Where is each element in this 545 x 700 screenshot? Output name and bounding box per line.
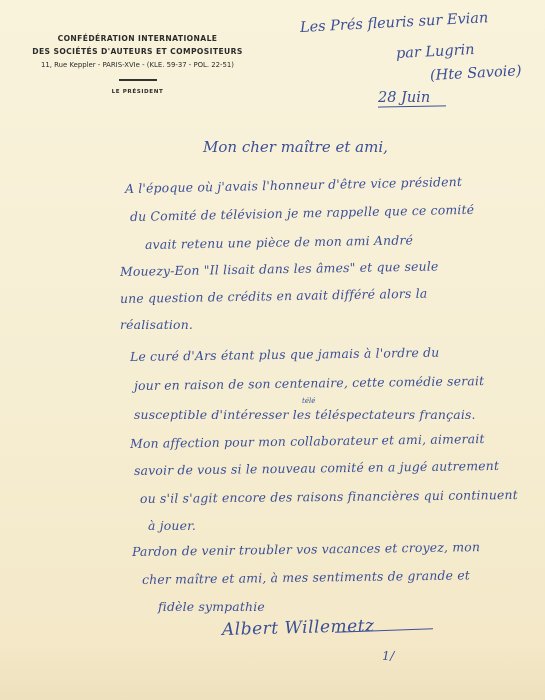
- body-line: jour en raison de son centenaire, cette …: [134, 373, 484, 393]
- body-line: cher maître et ami, à mes sentiments de …: [142, 567, 470, 587]
- salutation: Mon cher maître et ami,: [203, 138, 388, 156]
- body-line: ou s'il s'agit encore des raisons financ…: [140, 487, 518, 506]
- letterhead: CONFÉDÉRATION INTERNATIONALE DES SOCIÉTÉ…: [30, 32, 245, 95]
- letterhead-divider: [119, 79, 157, 81]
- body-line: à jouer.: [148, 518, 196, 533]
- letter-page: CONFÉDÉRATION INTERNATIONALE DES SOCIÉTÉ…: [0, 0, 545, 700]
- paper-shading: [0, 640, 545, 700]
- body-line: du Comité de télévision je me rappelle q…: [130, 202, 475, 224]
- body-line: Le curé d'Ars étant plus que jamais à l'…: [130, 345, 440, 364]
- body-line: A l'époque où j'avais l'honneur d'être v…: [125, 174, 462, 196]
- body-line: avait retenu une pièce de mon ami André: [145, 232, 413, 252]
- letter-date: 28 Juin: [378, 90, 430, 106]
- place-line2: par Lugrin: [396, 42, 475, 62]
- body-line: susceptible d'intéresser les téléspectat…: [134, 407, 476, 422]
- body-line: savoir de vous si le nouveau comité en a…: [134, 458, 499, 478]
- body-line: fidèle sympathie: [158, 599, 265, 614]
- signature: Albert Willemetz: [222, 616, 375, 640]
- body-line: Pardon de venir troubler vos vacances et…: [132, 539, 480, 559]
- date-underline: [378, 105, 446, 107]
- body-line: une question de crédits en avait différé…: [120, 286, 428, 306]
- body-line: réalisation.: [120, 317, 193, 332]
- letterhead-address: 11, Rue Keppler - PARIS-XVIe - (KLE. 59-…: [30, 59, 245, 72]
- body-line: Mouezy-Eon "Il lisait dans les âmes" et …: [120, 258, 439, 279]
- place-line3: (Hte Savoie): [430, 63, 522, 84]
- letterhead-org-line1: CONFÉDÉRATION INTERNATIONALE: [30, 32, 245, 45]
- letterhead-title: LE PRÉSIDENT: [30, 89, 245, 95]
- insertion-above-line: télé: [302, 397, 315, 405]
- letterhead-org-line2: DES SOCIÉTÉS D'AUTEURS ET COMPOSITEURS: [30, 45, 245, 58]
- body-line: Mon affection pour mon collaborateur et …: [130, 431, 485, 451]
- place-line1: Les Prés fleuris sur Evian: [300, 10, 489, 36]
